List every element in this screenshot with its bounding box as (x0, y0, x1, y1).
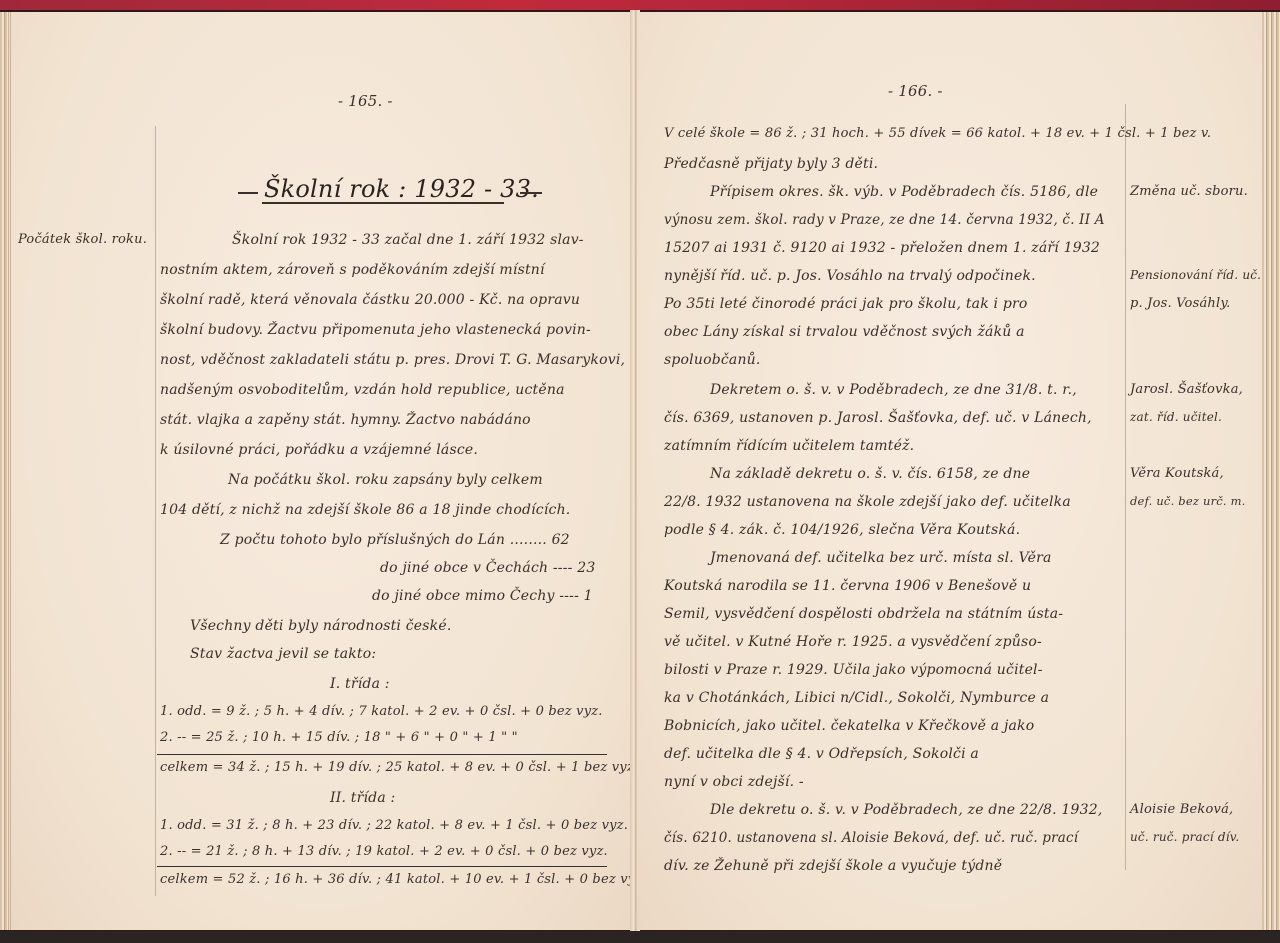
text-line: školní budovy. Žactvu připomenuta jeho v… (160, 322, 591, 338)
text-line: nost, vděčnost zakladateli státu p. pres… (160, 352, 625, 368)
text-line: stát. vlajka a zapěny stát. hymny. Žactv… (160, 412, 531, 428)
margin-note: Počátek škol. roku. (18, 232, 147, 247)
margin-note: uč. ruč. prací dív. (1130, 830, 1239, 844)
text-line: zatímním řídícím učitelem tamtéž. (664, 438, 914, 454)
page-number-right: - 166. - (888, 82, 943, 100)
class-heading: I. třída : (330, 676, 390, 692)
text-line: nyní v obci zdejší. - (664, 774, 804, 790)
margin-note: Pensionování říd. uč. (1130, 268, 1261, 282)
text-line: Koutská narodila se 11. června 1906 v Be… (664, 578, 1031, 594)
text-line: výnosu zem. škol. rady v Praze, ze dne 1… (664, 212, 1105, 228)
text-line: spoluobčanů. (664, 352, 761, 368)
margin-note: Změna uč. sboru. (1130, 184, 1248, 199)
text-line: Stav žactva jevil se takto: (190, 646, 376, 662)
table-row-total: celkem = 34 ž. ; 15 h. + 19 dív. ; 25 ka… (160, 760, 638, 775)
title-dash-right (520, 192, 542, 194)
margin-note: Jarosl. Šašťovka, (1130, 382, 1243, 397)
text-line: Dle dekretu o. š. v. v Poděbradech, ze d… (710, 802, 1103, 818)
margin-note: Aloisie Beková, (1130, 802, 1233, 817)
text-line: nynější říd. uč. p. Jos. Vosáhlo na trva… (664, 268, 1036, 284)
text-line: ka v Chotánkách, Libici n/Cidl., Sokolči… (664, 690, 1049, 706)
text-line: Přípisem okres. šk. výb. v Poděbradech č… (710, 184, 1098, 200)
text-line: školní radě, která věnovala částku 20.00… (160, 292, 580, 308)
left-page (8, 12, 637, 930)
text-line: podle § 4. zák. č. 104/1926, slečna Věra… (664, 522, 1020, 538)
text-line: def. učitelka dle § 4. v Odřepsích, Soko… (664, 746, 979, 762)
text-line: do jiné obce mimo Čechy ---- 1 (372, 588, 593, 604)
book-cover-top (0, 0, 1280, 10)
text-line: bilosti v Praze r. 1929. Učila jako výpo… (664, 662, 1043, 678)
text-line: k úsilovné práci, pořádku a vzájemné lás… (160, 442, 478, 458)
title-underline (262, 202, 504, 204)
text-line: 104 dětí, z nichž na zdejší škole 86 a 1… (160, 502, 570, 518)
table-row: 2. -- = 21 ž. ; 8 h. + 13 dív. ; 19 kato… (160, 844, 608, 859)
page-title: Školní rok : 1932 - 33. (264, 175, 539, 203)
margin-note: Věra Koutská, (1130, 466, 1224, 481)
table-row: 1. odd. = 31 ž. ; 8 h. + 23 dív. ; 22 ka… (160, 818, 628, 833)
text-line: čís. 6369, ustanoven p. Jarosl. Šašťovka… (664, 410, 1092, 426)
text-line: nadšeným osvoboditelům, vzdán hold repub… (160, 382, 565, 398)
text-line: Dekretem o. š. v. v Poděbradech, ze dne … (710, 382, 1077, 398)
book-cover-bottom (0, 931, 1280, 943)
margin-note: def. uč. bez urč. m. (1130, 494, 1246, 508)
text-line: Předčasně přijaty byly 3 děti. (664, 156, 878, 172)
margin-note: p. Jos. Vosáhly. (1130, 296, 1230, 311)
text-line: vě učitel. v Kutné Hoře r. 1925. a vysvě… (664, 634, 1042, 650)
text-line: dív. ze Žehuně při zdejší škole a vyučuj… (664, 858, 1002, 874)
text-line: Semil, vysvědčení dospělosti obdržela na… (664, 606, 1063, 622)
sum-rule (157, 754, 607, 755)
page-edges-right (1262, 12, 1280, 930)
text-line: nostním aktem, zároveň s poděkováním zde… (160, 262, 545, 278)
margin-note: zat. říd. učitel. (1130, 410, 1222, 424)
text-line: Z počtu tohoto bylo příslušných do Lán .… (220, 532, 570, 548)
text-line: Po 35ti leté činorodé práci jak pro škol… (664, 296, 1028, 312)
text-line: Všechny děti byly národnosti české. (190, 618, 451, 634)
text-line: Na počátku škol. roku zapsány byly celke… (228, 472, 543, 488)
text-line: do jiné obce v Čechách ---- 23 (380, 560, 595, 576)
text-line: obec Lány získal si trvalou vděčnost svý… (664, 324, 1025, 340)
table-row: 2. -- = 25 ž. ; 10 h. + 15 dív. ; 18 " +… (160, 730, 518, 745)
text-line: 15207 ai 1931 č. 9120 ai 1932 - přeložen… (664, 240, 1100, 256)
text-line: V celé škole = 86 ž. ; 31 hoch. + 55 dív… (664, 126, 1211, 141)
table-row-total: celkem = 52 ž. ; 16 h. + 36 dív. ; 41 ka… (160, 872, 647, 887)
right-margin-rule (1125, 104, 1126, 870)
title-dash-left (238, 192, 258, 194)
text-line: Na základě dekretu o. š. v. čís. 6158, z… (710, 466, 1030, 482)
page-number-left: - 165. - (338, 92, 393, 110)
text-line: Bobnicích, jako učitel. čekatelka v Křeč… (664, 718, 1034, 734)
left-margin-rule (155, 126, 156, 896)
class-heading: II. třída : (330, 790, 395, 806)
text-line: 22/8. 1932 ustanovena na škole zdejší ja… (664, 494, 1071, 510)
text-line: Jmenovaná def. učitelka bez urč. místa s… (710, 550, 1052, 566)
text-line: Školní rok 1932 - 33 začal dne 1. září 1… (232, 232, 584, 248)
text-line: čís. 6210. ustanovena sl. Aloisie Beková… (664, 830, 1078, 846)
sum-rule (157, 866, 607, 867)
table-row: 1. odd. = 9 ž. ; 5 h. + 4 dív. ; 7 katol… (160, 704, 603, 719)
